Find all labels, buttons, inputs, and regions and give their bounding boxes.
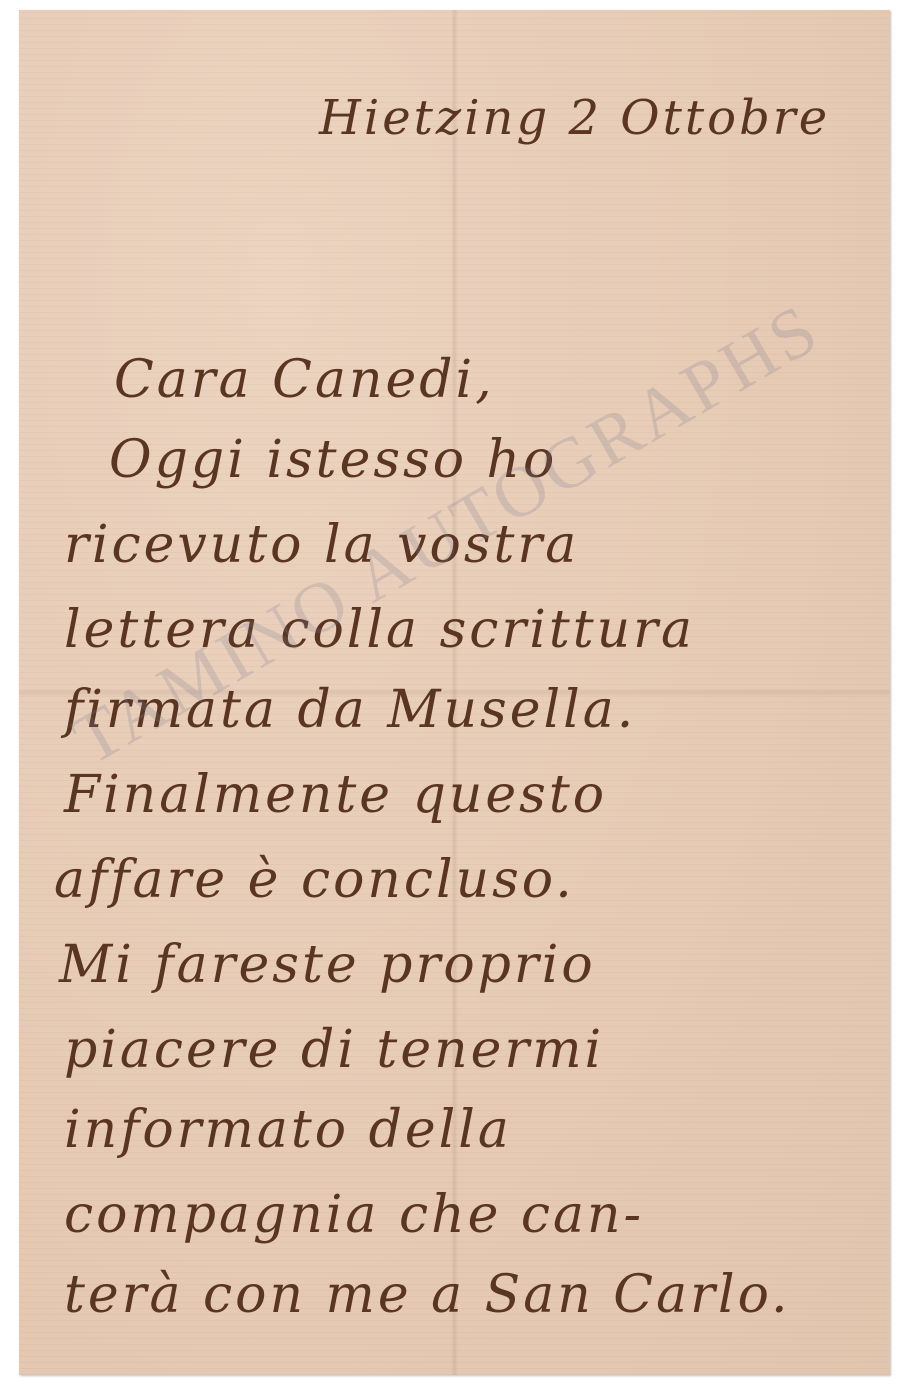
letter-page: Hietzing 2 Ottobre Cara Canedi, Oggi ist… bbox=[19, 10, 890, 1375]
letter-line: Oggi istesso ho bbox=[109, 430, 557, 490]
letter-line: compagnia che can- bbox=[64, 1185, 644, 1245]
letter-line: affare è concluso. bbox=[54, 850, 575, 910]
letter-line: firmata da Musella. bbox=[64, 680, 636, 740]
letter-line: Mi fareste proprio bbox=[59, 935, 596, 995]
letter-line: ricevuto la vostra bbox=[64, 515, 579, 575]
letter-line: informato della bbox=[64, 1100, 512, 1160]
letter-line: piacere di tenermi bbox=[64, 1020, 604, 1080]
letter-line: Finalmente questo bbox=[64, 765, 607, 825]
salutation: Cara Canedi, bbox=[114, 350, 495, 410]
letter-line: lettera colla scrittura bbox=[64, 600, 695, 660]
letter-line: terà con me a San Carlo. bbox=[64, 1265, 791, 1325]
date-line: Hietzing 2 Ottobre bbox=[319, 90, 830, 146]
